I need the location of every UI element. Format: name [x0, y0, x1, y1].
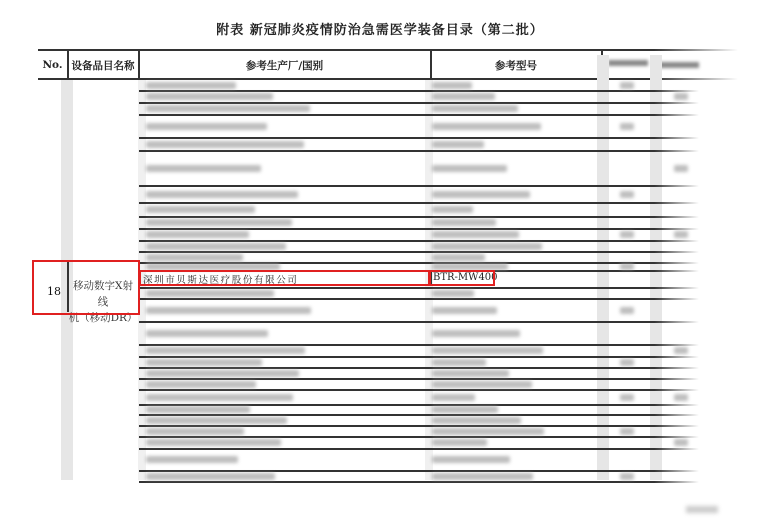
redacted-text — [432, 191, 530, 198]
redacted-text — [674, 165, 688, 172]
redacted-text — [146, 330, 268, 337]
redacted-text — [432, 105, 518, 112]
redacted-text — [432, 165, 507, 172]
redacted-text — [146, 93, 273, 100]
redacted-text — [620, 191, 634, 198]
row-separator — [139, 389, 699, 391]
redacted-text — [432, 417, 521, 424]
redacted-text — [146, 439, 281, 446]
row-separator — [139, 367, 699, 369]
redacted-text — [432, 254, 485, 261]
redacted-text — [432, 473, 533, 480]
redacted-text — [432, 93, 495, 100]
redacted-text — [432, 370, 509, 377]
redacted-text — [620, 428, 634, 435]
redacted-text — [146, 370, 299, 377]
redacted-text — [146, 406, 250, 413]
redacted-text — [674, 439, 688, 446]
shaded-strip — [650, 55, 662, 480]
redacted-text — [674, 347, 688, 354]
redacted-text — [146, 290, 274, 297]
redacted-text — [146, 473, 275, 480]
redacted-text — [620, 394, 634, 401]
row-separator — [139, 251, 699, 253]
redacted-text — [146, 105, 310, 112]
row-separator — [139, 137, 699, 139]
redacted-text — [620, 82, 634, 89]
redacted-text — [620, 359, 634, 366]
row-separator — [139, 185, 699, 187]
row-separator — [139, 240, 699, 242]
redacted-text — [146, 243, 286, 250]
redacted-text — [432, 330, 520, 337]
highlight-box-model — [429, 270, 495, 286]
redacted-text — [620, 307, 634, 314]
redacted-text — [620, 123, 634, 130]
redacted-text — [432, 307, 497, 314]
redacted-text — [674, 93, 688, 100]
redacted-text — [432, 359, 486, 366]
redacted-text — [674, 231, 688, 238]
redacted-text — [146, 359, 262, 366]
highlight-box-item — [32, 260, 140, 315]
row-separator — [139, 378, 699, 380]
redacted-text — [146, 417, 287, 424]
redacted-text — [432, 243, 542, 250]
redacted-text — [432, 263, 508, 270]
row-separator — [139, 470, 699, 472]
redacted-text — [146, 347, 305, 354]
shaded-strip — [597, 55, 609, 480]
redacted-text — [432, 231, 519, 238]
redacted-text — [146, 219, 292, 226]
redacted-text — [146, 428, 244, 435]
row-separator — [139, 102, 699, 104]
row-separator — [139, 425, 699, 427]
table-top-border — [38, 49, 738, 51]
redacted-text — [432, 206, 473, 213]
row-separator — [139, 114, 699, 116]
redacted-text — [674, 394, 688, 401]
row-separator — [139, 321, 699, 323]
redacted-text — [146, 263, 280, 270]
redacted-text — [146, 191, 298, 198]
highlight-box-manufacturer — [139, 270, 430, 286]
redacted-text — [146, 82, 236, 89]
column-header-no: No. — [38, 52, 67, 78]
redacted-text — [432, 428, 544, 435]
row-separator — [139, 287, 699, 289]
redacted-text — [146, 141, 304, 148]
redacted-text — [146, 231, 249, 238]
redacted-text — [146, 394, 293, 401]
redacted-text — [620, 473, 634, 480]
redacted-text — [146, 381, 256, 388]
redacted-text — [146, 456, 238, 463]
row-separator — [139, 414, 699, 416]
redacted-text — [432, 394, 475, 401]
redacted-text — [432, 141, 484, 148]
redacted-text — [146, 123, 267, 130]
redacted-text — [432, 406, 498, 413]
page-number — [686, 506, 718, 513]
row-separator — [139, 228, 699, 230]
redacted-text — [432, 123, 541, 130]
column-header-item-name: 设备品目名称 — [68, 52, 138, 78]
column-header-manufacturer: 参考生产厂/国别 — [139, 52, 430, 78]
redacted-text — [620, 263, 634, 270]
redacted-text — [432, 82, 472, 89]
row-separator — [139, 90, 699, 92]
row-separator — [139, 436, 699, 438]
redacted-text — [432, 456, 510, 463]
redacted-text — [432, 347, 543, 354]
redacted-text — [432, 439, 487, 446]
column-header-model: 参考型号 — [431, 52, 601, 78]
redacted-text — [146, 206, 255, 213]
row-separator — [139, 298, 699, 300]
row-separator — [139, 344, 699, 346]
row-separator — [139, 481, 699, 483]
redacted-text — [146, 254, 243, 261]
redacted-text — [432, 219, 496, 226]
redacted-text — [620, 231, 634, 238]
redacted-text — [146, 165, 261, 172]
row-separator — [139, 150, 699, 152]
redacted-text — [432, 381, 532, 388]
row-separator — [139, 202, 699, 204]
row-separator — [139, 448, 699, 450]
row-separator — [139, 216, 699, 218]
column-header-col5 — [604, 52, 652, 78]
document-title: 附表 新冠肺炎疫情防治急需医学装备目录（第二批） — [0, 19, 760, 38]
redacted-text — [432, 290, 474, 297]
redacted-text — [146, 307, 311, 314]
row-separator — [139, 356, 699, 358]
